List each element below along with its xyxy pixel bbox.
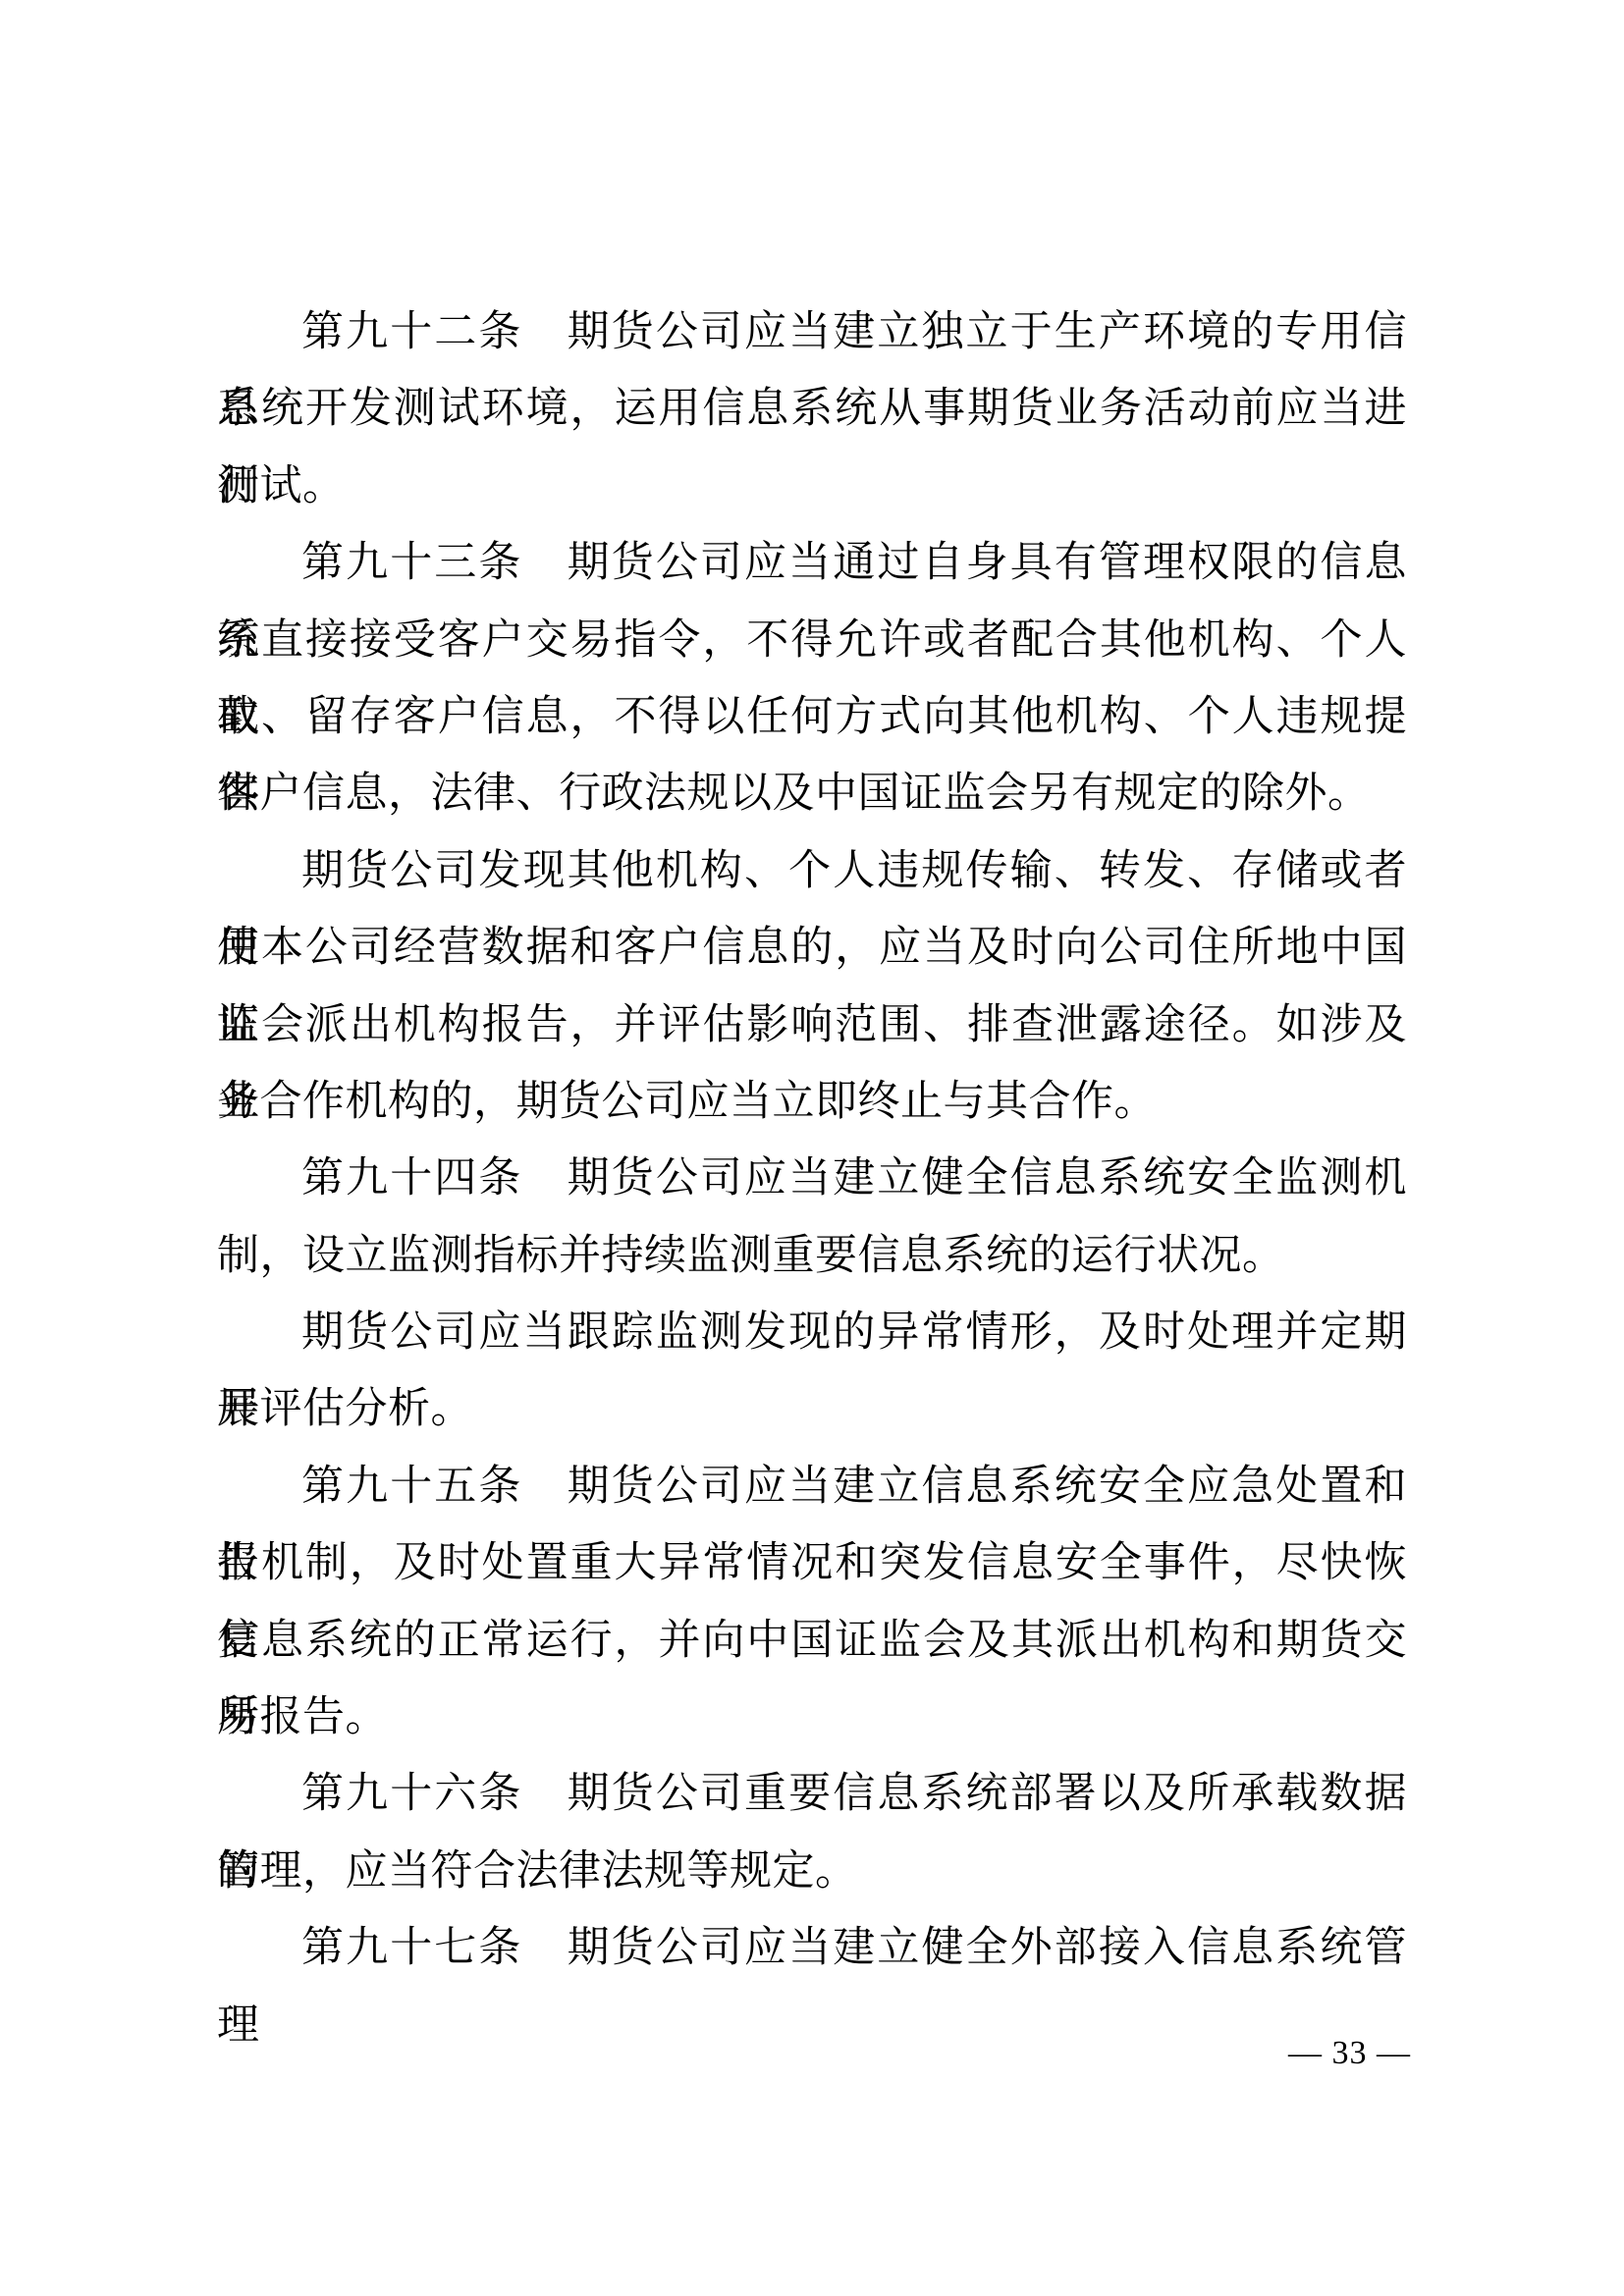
text-line: 第九十七条 期货公司应当建立健全外部接入信息系统管理 bbox=[217, 1910, 1407, 1987]
text-line: 制，设立监测指标并持续监测重要信息系统的运行状况。 bbox=[217, 1218, 1407, 1295]
document-body: 第九十二条 期货公司应当建立独立于生产环境的专用信息 系统开发测试环境，运用信息… bbox=[217, 294, 1407, 1988]
text-line: 所报告。 bbox=[217, 1680, 1407, 1756]
text-line: 展评估分析。 bbox=[217, 1371, 1407, 1448]
text-line: 告机制，及时处置重大异常情况和突发信息安全事件，尽快恢复 bbox=[217, 1525, 1407, 1602]
text-line: 务合作机构的，期货公司应当立即终止与其合作。 bbox=[217, 1064, 1407, 1141]
text-line: 第九十六条 期货公司重要信息系统部署以及所承载数据的 bbox=[217, 1756, 1407, 1833]
text-line: 信息系统的正常运行，并向中国证监会及其派出机构和期货交易 bbox=[217, 1603, 1407, 1680]
text-line: 第九十五条 期货公司应当建立信息系统安全应急处置和报 bbox=[217, 1449, 1407, 1525]
text-line: 管理，应当符合法律法规等规定。 bbox=[217, 1834, 1407, 1910]
text-line: 统直接接受客户交易指令，不得允许或者配合其他机构、个人截 bbox=[217, 603, 1407, 679]
text-line: 第九十三条 期货公司应当通过自身具有管理权限的信息系 bbox=[217, 525, 1407, 602]
text-line: 取、留存客户信息，不得以任何方式向其他机构、个人违规提供 bbox=[217, 679, 1407, 756]
text-line: 用本公司经营数据和客户信息的，应当及时向公司住所地中国证 bbox=[217, 910, 1407, 987]
text-line: 系统开发测试环境，运用信息系统从事期货业务活动前应当进行 bbox=[217, 371, 1407, 448]
text-line: 第九十四条 期货公司应当建立健全信息系统安全监测机 bbox=[217, 1141, 1407, 1217]
page-number: — 33 — bbox=[1288, 2034, 1411, 2073]
text-line: 测试。 bbox=[217, 449, 1407, 525]
document-page: 第九十二条 期货公司应当建立独立于生产环境的专用信息 系统开发测试环境，运用信息… bbox=[0, 0, 1624, 2296]
text-line: 监会派出机构报告，并评估影响范围、排查泄露途径。如涉及业 bbox=[217, 988, 1407, 1064]
text-line: 期货公司应当跟踪监测发现的异常情形，及时处理并定期开 bbox=[217, 1295, 1407, 1371]
text-line: 客户信息，法律、行政法规以及中国证监会另有规定的除外。 bbox=[217, 756, 1407, 832]
text-line: 期货公司发现其他机构、个人违规传输、转发、存储或者使 bbox=[217, 833, 1407, 910]
text-line: 第九十二条 期货公司应当建立独立于生产环境的专用信息 bbox=[217, 294, 1407, 371]
